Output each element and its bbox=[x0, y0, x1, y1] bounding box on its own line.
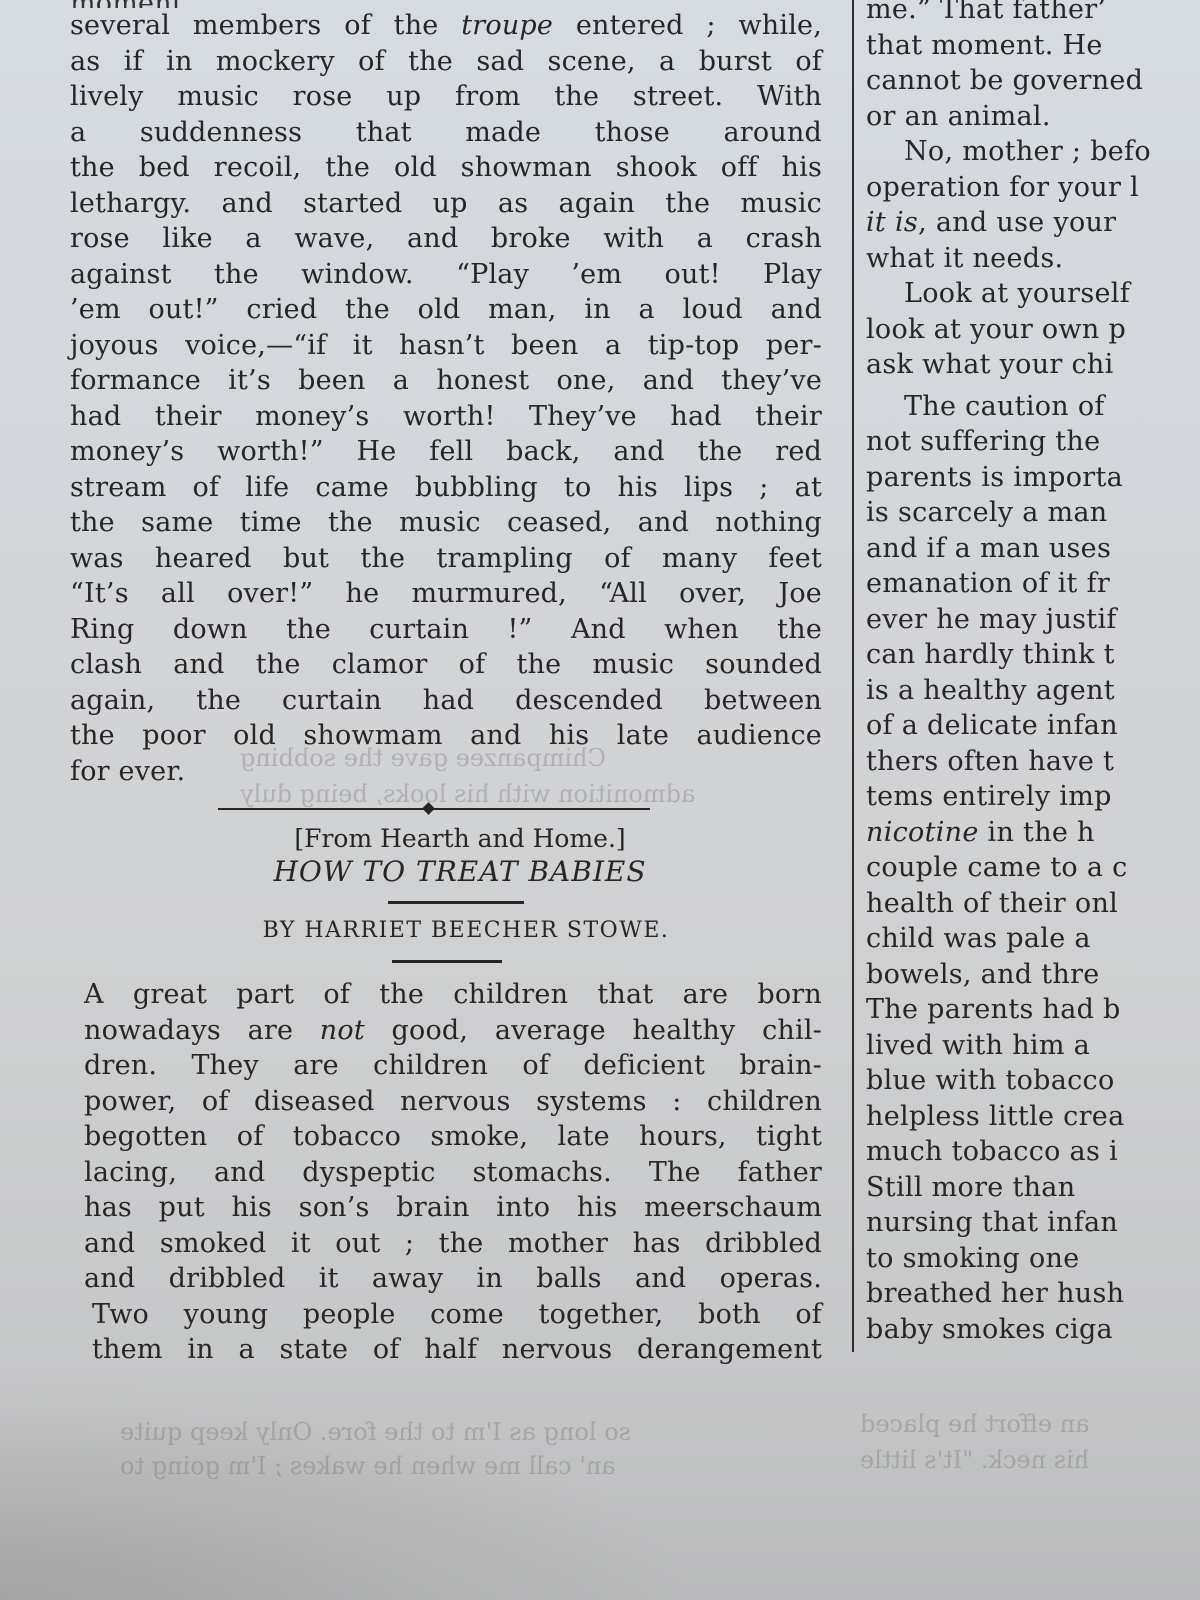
bleed-through-line: so long as I'm to the fore. Only keep qu… bbox=[120, 1418, 631, 1446]
italic-word: troupe bbox=[461, 10, 553, 41]
text-line: can hardly think t bbox=[866, 637, 1200, 673]
text-line: me.” That father’ bbox=[866, 0, 1200, 28]
text-line: the same time the music ceased, and noth… bbox=[70, 505, 822, 541]
text-line: baby smokes ciga bbox=[866, 1312, 1200, 1348]
text-line: dren. They are children of deficient bra… bbox=[70, 1048, 822, 1084]
page-shadow bbox=[0, 1380, 700, 1600]
text-line: several members of the troupe entered ; … bbox=[70, 8, 822, 44]
bleed-through-line: an' call me when he wakes ; I'm going to bbox=[120, 1452, 616, 1480]
text-line: The caution of bbox=[866, 389, 1200, 425]
text-line: look at your own p bbox=[866, 312, 1200, 348]
column-divider bbox=[852, 0, 854, 1352]
text-line: bowels, and thre bbox=[866, 957, 1200, 993]
partial-top-line: moment . . . bbox=[70, 0, 822, 8]
right-column: me.” That father’ that moment. He cannot… bbox=[866, 0, 1200, 1347]
text-line: of a delicate infan bbox=[866, 708, 1200, 744]
text-line: ’em out!” cried the old man, in a loud a… bbox=[70, 292, 822, 328]
title-rule bbox=[388, 901, 524, 904]
text-line: Look at yourself bbox=[866, 276, 1200, 312]
text-line: child was pale a bbox=[866, 921, 1200, 957]
text-line: and smoked it out ; the mother has dribb… bbox=[70, 1226, 822, 1262]
text-line: blue with tobacco bbox=[866, 1063, 1200, 1099]
text-line: or an animal. bbox=[866, 99, 1200, 135]
text-line: nowadays are not good, average healthy c… bbox=[70, 1013, 822, 1049]
left-column: moment . . . several members of the trou… bbox=[70, 0, 822, 1368]
text-line: lively music rose up from the street. Wi… bbox=[70, 79, 822, 115]
text-line: the poor old showmam and his late audien… bbox=[70, 718, 822, 754]
text-line: them in a state of half nervous derangem… bbox=[70, 1332, 822, 1368]
text-line: operation for your l bbox=[866, 170, 1200, 206]
text-line: is a healthy agent bbox=[866, 673, 1200, 709]
text-line: ask what your chi bbox=[866, 347, 1200, 383]
text-line: tems entirely imp bbox=[866, 779, 1200, 815]
story-ending: several members of the troupe entered ; … bbox=[70, 8, 822, 789]
italic-phrase: it is bbox=[866, 207, 918, 238]
article-title: HOW TO TREAT BABIES bbox=[70, 855, 822, 889]
text-line: No, mother ; befo bbox=[866, 134, 1200, 170]
text-line: is scarcely a man bbox=[866, 495, 1200, 531]
text-line: power, of diseased nervous systems : chi… bbox=[70, 1084, 822, 1120]
text-line: to smoking one bbox=[866, 1241, 1200, 1277]
text-line: helpless little crea bbox=[866, 1099, 1200, 1135]
text-line: health of their onl bbox=[866, 886, 1200, 922]
text-line: parents is importa bbox=[866, 460, 1200, 496]
article-source: [From Hearth and Home.] bbox=[70, 823, 822, 855]
text-line: A great part of the children that are bo… bbox=[70, 977, 822, 1013]
text-line: nursing that infan bbox=[866, 1205, 1200, 1241]
text-line: has put his son’s brain into his meersch… bbox=[70, 1190, 822, 1226]
text-line: couple came to a c bbox=[866, 850, 1200, 886]
text-line: The parents had b bbox=[866, 992, 1200, 1028]
article-byline: BY HARRIET BEECHER STOWE. bbox=[70, 916, 822, 946]
text-line: cannot be governed bbox=[866, 63, 1200, 99]
text-line: the bed recoil, the old showman shook of… bbox=[70, 150, 822, 186]
text-line: and dribbled it away in balls and operas… bbox=[70, 1261, 822, 1297]
text-line: was heared but the trampling of many fee… bbox=[70, 541, 822, 577]
text-line: lacing, and dyspeptic stomachs. The fath… bbox=[70, 1155, 822, 1191]
text-line: that moment. He bbox=[866, 28, 1200, 64]
text-line: Two young people come together, both of bbox=[70, 1297, 822, 1333]
text-line: for ever. bbox=[70, 754, 822, 790]
text-line: had their money’s worth! They’ve had the… bbox=[70, 399, 822, 435]
text-line: joyous voice,—“if it hasn’t been a tip-t… bbox=[70, 328, 822, 364]
text-line: lived with him a bbox=[866, 1028, 1200, 1064]
text-line: Still more than bbox=[866, 1170, 1200, 1206]
text-line: it is, and use your bbox=[866, 205, 1200, 241]
bleed-through-line: his neck. "It's little bbox=[860, 1446, 1089, 1474]
text-line: emanation of it fr bbox=[866, 566, 1200, 602]
text-line: clash and the clamor of the music sounde… bbox=[70, 647, 822, 683]
text-line: much tobacco as i bbox=[866, 1134, 1200, 1170]
text-line: Ring down the curtain !” And when the bbox=[70, 612, 822, 648]
section-divider bbox=[218, 803, 650, 815]
italic-word: not bbox=[320, 1015, 365, 1046]
text-line: and if a man uses bbox=[866, 531, 1200, 567]
text-line: against the window. “Play ’em out! Play bbox=[70, 257, 822, 293]
text-line: rose like a wave, and broke with a crash bbox=[70, 221, 822, 257]
byline-rule bbox=[392, 960, 502, 963]
text-line: formance it’s been a honest one, and the… bbox=[70, 363, 822, 399]
diamond-ornament-icon bbox=[422, 802, 435, 815]
text-line: as if in mockery of the sad scene, a bur… bbox=[70, 44, 822, 80]
text-line: nicotine in the h bbox=[866, 815, 1200, 851]
text-line: lethargy. and started up as again the mu… bbox=[70, 186, 822, 222]
text-line: ever he may justif bbox=[866, 602, 1200, 638]
text-line: stream of life came bubbling to his lips… bbox=[70, 470, 822, 506]
article: [From Hearth and Home.] HOW TO TREAT BAB… bbox=[70, 823, 822, 1368]
text-line: again, the curtain had descended between bbox=[70, 683, 822, 719]
text-line: a suddenness that made those around bbox=[70, 115, 822, 151]
text-line: thers often have t bbox=[866, 744, 1200, 780]
bleed-through-line: an effort he placed bbox=[860, 1410, 1090, 1438]
text-line: money’s worth!” He fell back, and the re… bbox=[70, 434, 822, 470]
text-line: what it needs. bbox=[866, 241, 1200, 277]
text-line: “It’s all over!” he murmured, “All over,… bbox=[70, 576, 822, 612]
text-line: breathed her hush bbox=[866, 1276, 1200, 1312]
text-line: begotten of tobacco smoke, late hours, t… bbox=[70, 1119, 822, 1155]
text-line: not suffering the bbox=[866, 424, 1200, 460]
italic-word: nicotine bbox=[866, 817, 979, 848]
